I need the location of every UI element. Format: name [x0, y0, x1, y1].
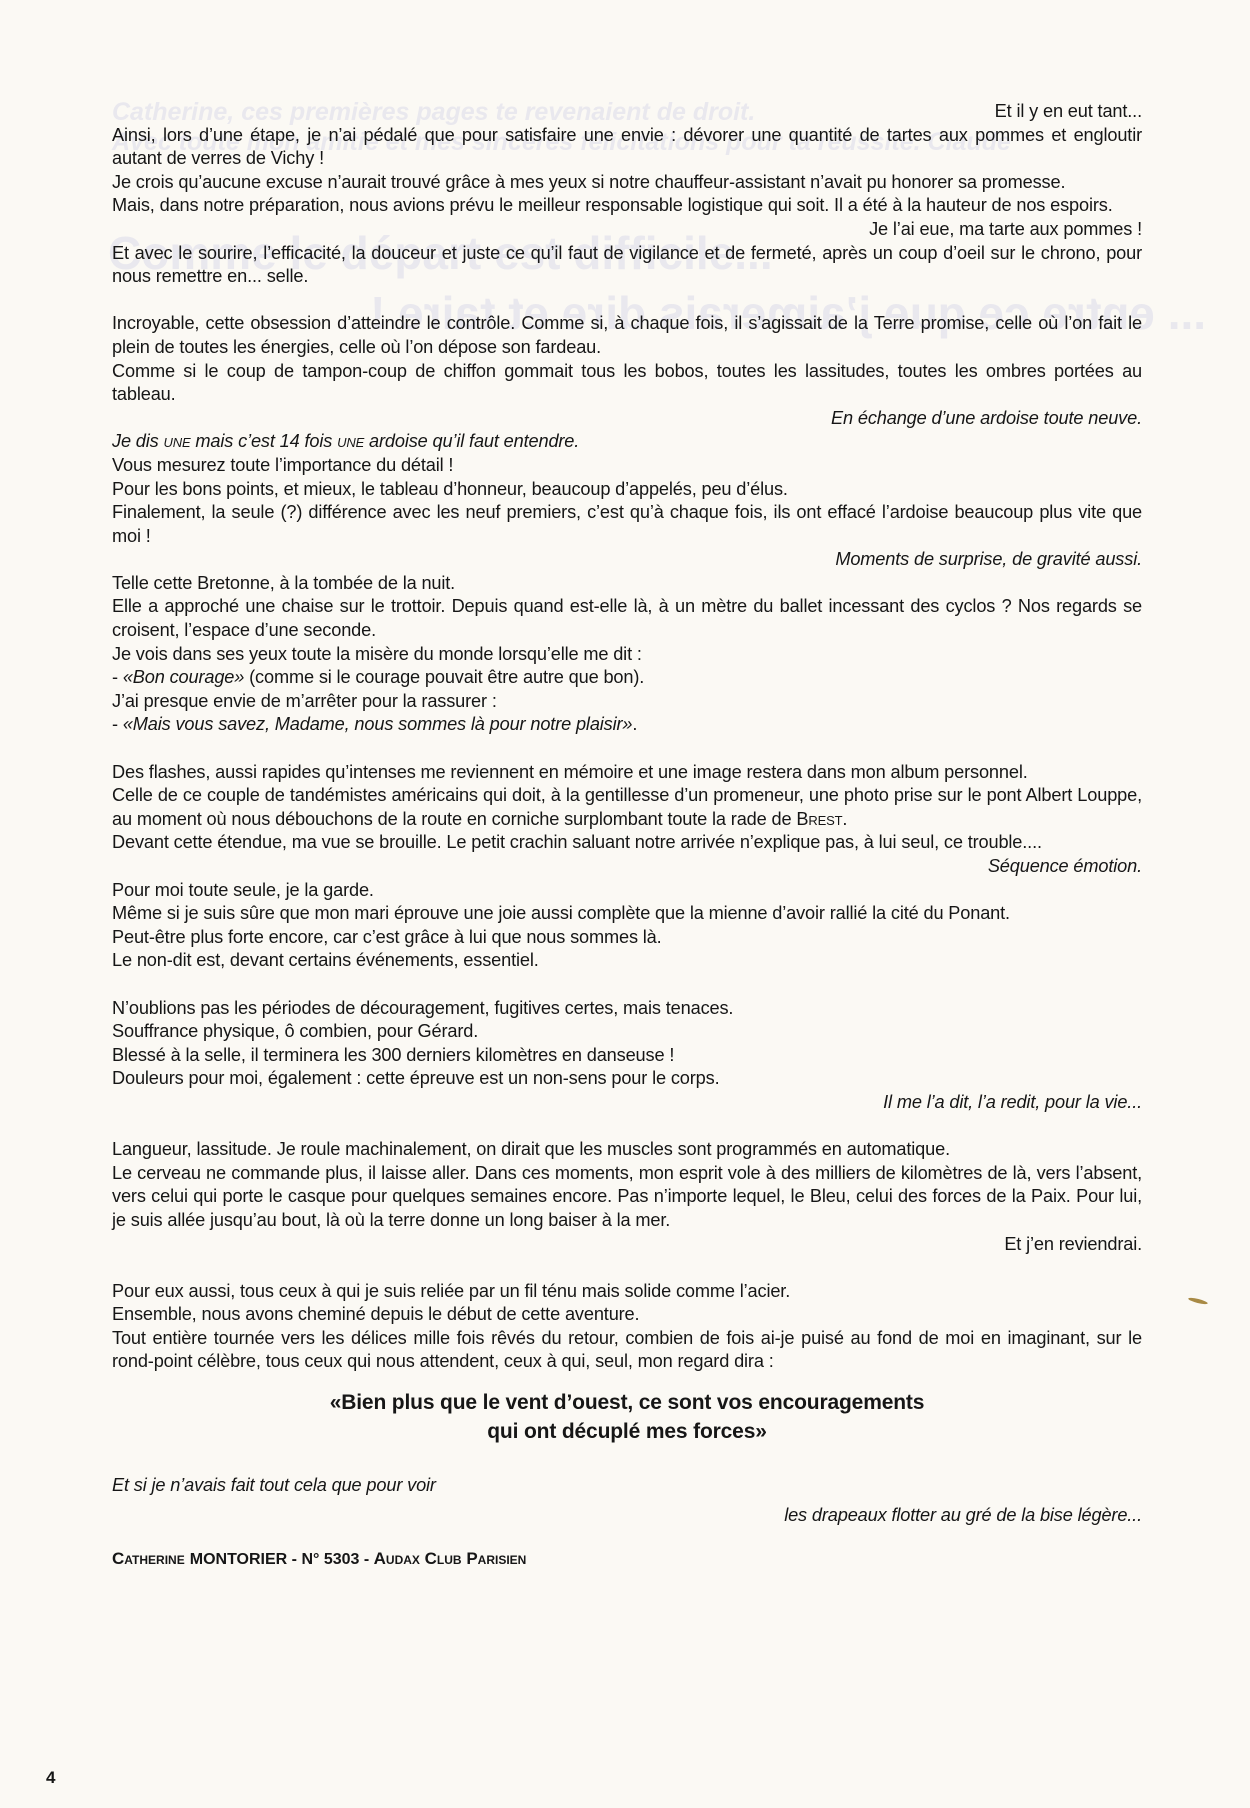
paragraph: Et avec le sourire, l’efficacité, la dou… — [112, 242, 1142, 289]
author-first-name: Catherine — [112, 1549, 185, 1568]
text-run: . — [632, 714, 637, 734]
paragraph: N’oublions pas les périodes de décourage… — [112, 997, 1142, 1021]
paragraph-gap — [112, 289, 1142, 313]
separator: - — [287, 1551, 301, 1568]
text-run: mais c’est 14 fois — [191, 431, 338, 451]
closing-line-left: Et si je n’avais fait tout cela que pour… — [112, 1474, 1142, 1498]
ardoise-line: Je dis une mais c’est 14 fois une ardois… — [112, 430, 1142, 454]
paragraph-gap — [112, 737, 1142, 761]
paragraph: Elle a approché une chaise sur le trotto… — [112, 595, 1142, 642]
paragraph: Je vois dans ses yeux toute la misère du… — [112, 643, 1142, 667]
separator: - — [359, 1551, 373, 1568]
text-run: Je dis — [112, 431, 164, 451]
paragraph: Souffrance physique, ô combien, pour Gér… — [112, 1020, 1142, 1044]
paragraph: Même si je suis sûre que mon mari éprouv… — [112, 902, 1142, 926]
dialogue-line: - «Bon courage» (comme si le courage pou… — [112, 666, 1142, 690]
quoted-speech: «Bon courage» — [123, 667, 244, 687]
paragraph: Pour moi toute seule, je la garde. — [112, 879, 1142, 903]
paragraph: Peut-être plus forte encore, car c’est g… — [112, 926, 1142, 950]
closing-line-right: les drapeaux flotter au gré de la bise l… — [112, 1504, 1142, 1528]
pull-quote-line: qui ont décuplé mes forces» — [487, 1420, 767, 1443]
place-name: Brest — [796, 809, 842, 829]
italic-aside: Séquence émotion. — [112, 855, 1142, 879]
paragraph-gap — [112, 1256, 1142, 1280]
paragraph: Je crois qu’aucune excuse n’aurait trouv… — [112, 171, 1142, 195]
club-name: Audax Club Parisien — [374, 1549, 527, 1568]
paper-speck — [1188, 1297, 1208, 1306]
paragraph: Pour eux aussi, tous ceux à qui je suis … — [112, 1280, 1142, 1304]
paragraph: Mais, dans notre préparation, nous avion… — [112, 194, 1142, 218]
paragraph: Blessé à la selle, il terminera les 300 … — [112, 1044, 1142, 1068]
italic-aside: En échange d’une ardoise toute neuve. — [112, 407, 1142, 431]
paragraph-gap — [112, 973, 1142, 997]
aside: Et il y en eut tant... — [112, 100, 1142, 124]
paragraph: Ainsi, lors d’une étape, je n’ai pédalé … — [112, 124, 1142, 171]
text-run: Celle de ce couple de tandémistes améric… — [112, 785, 1142, 829]
aside: Je l’ai eue, ma tarte aux pommes ! — [112, 218, 1142, 242]
paragraph: Incroyable, cette obsession d’atteindre … — [112, 312, 1142, 359]
paragraph: Finalement, la seule (?) différence avec… — [112, 501, 1142, 548]
paragraph: Devant cette étendue, ma vue se brouille… — [112, 831, 1142, 855]
dialogue-line: - «Mais vous savez, Madame, nous sommes … — [112, 713, 1142, 737]
paragraph: Douleurs pour moi, également : cette épr… — [112, 1067, 1142, 1091]
text-run: . — [842, 809, 847, 829]
paragraph: Ensemble, nous avons cheminé depuis le d… — [112, 1303, 1142, 1327]
small-caps-word: une — [164, 431, 191, 451]
paragraph: Celle de ce couple de tandémistes améric… — [112, 784, 1142, 831]
paragraph: Des flashes, aussi rapides qu’intenses m… — [112, 761, 1142, 785]
paragraph: J’ai presque envie de m’arrêter pour la … — [112, 690, 1142, 714]
pull-quote: «Bien plus que le vent d’ouest, ce sont … — [112, 1388, 1142, 1446]
small-caps-word: une — [337, 431, 364, 451]
paragraph: Telle cette Bretonne, à la tombée de la … — [112, 572, 1142, 596]
text-run: - — [112, 667, 123, 687]
text-run: (comme si le courage pouvait être autre … — [244, 667, 644, 687]
paragraph: Le cerveau ne commande plus, il laisse a… — [112, 1162, 1142, 1233]
paragraph-gap — [112, 1115, 1142, 1139]
author-signature: CatherineMONTORIER - N° 5303 - Audax Clu… — [112, 1547, 1142, 1572]
paragraph: Langueur, lassitude. Je roule machinalem… — [112, 1138, 1142, 1162]
member-number: N° 5303 — [301, 1551, 359, 1568]
text-run: - — [112, 714, 123, 734]
italic-aside: Moments de surprise, de gravité aussi. — [112, 548, 1142, 572]
paragraph: Le non-dit est, devant certains événemen… — [112, 949, 1142, 973]
author-last-name: MONTORIER — [190, 1551, 287, 1568]
article-body: Et il y en eut tant...Ainsi, lors d’une … — [112, 100, 1142, 1572]
page-number: 4 — [46, 1768, 55, 1788]
paragraph: Pour les bons points, et mieux, le table… — [112, 478, 1142, 502]
italic-aside: Il me l’a dit, l’a redit, pour la vie... — [112, 1091, 1142, 1115]
paragraph: Comme si le coup de tampon-coup de chiff… — [112, 360, 1142, 407]
paragraph: Vous mesurez toute l’importance du détai… — [112, 454, 1142, 478]
pull-quote-line: «Bien plus que le vent d’ouest, ce sont … — [330, 1391, 925, 1414]
paragraph: Tout entière tournée vers les délices mi… — [112, 1327, 1142, 1374]
aside: Et j’en reviendrai. — [112, 1233, 1142, 1257]
quoted-speech: «Mais vous savez, Madame, nous sommes là… — [123, 714, 633, 734]
text-run: ardoise qu’il faut entendre. — [364, 431, 579, 451]
